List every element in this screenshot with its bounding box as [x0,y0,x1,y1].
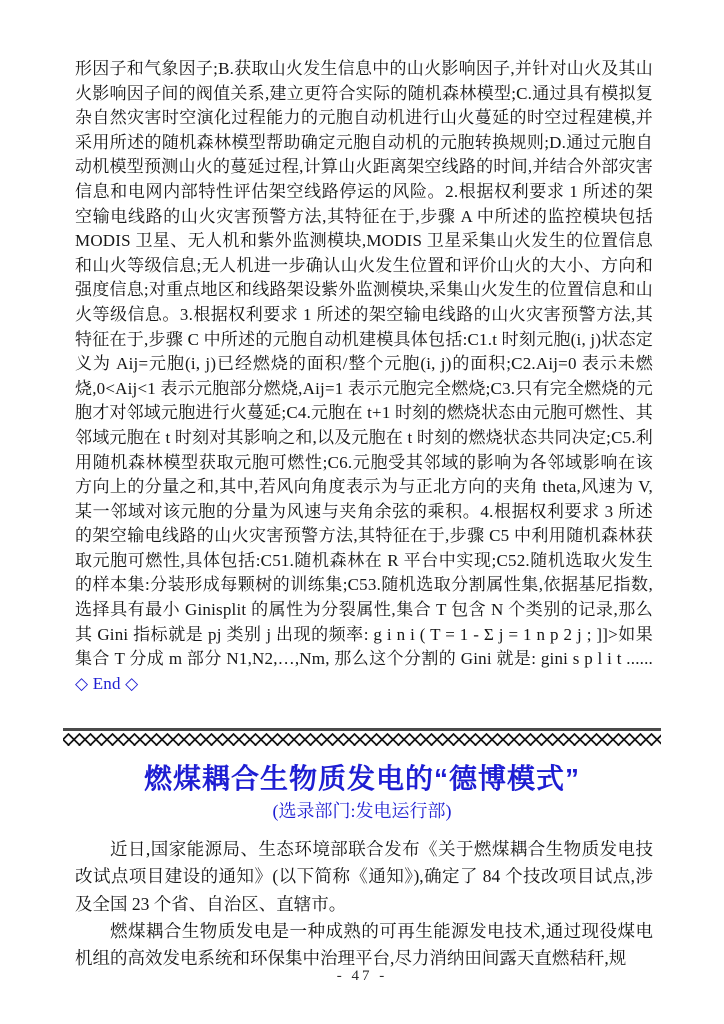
article-subtitle: (选录部门:发电运行部) [0,797,724,823]
document-page: 形因子和气象因子;B.获取山火发生信息中的山火影响因子,并针对山火及其山火影响因… [0,0,724,1024]
claims-paragraph: 形因子和气象因子;B.获取山火发生信息中的山火影响因子,并针对山火及其山火影响因… [75,57,653,696]
article-body: 近日,国家能源局、生态环境部联合发布《关于燃煤耦合生物质发电技改试点项目建设的通… [75,836,653,972]
section-divider [63,728,661,746]
divider-bar [63,728,661,731]
zigzag-border-icon [63,733,661,746]
article-paragraph-2: 燃煤耦合生物质发电是一种成熟的可再生能源发电技术,通过现役煤电机组的高效发电系统… [75,918,653,973]
article-paragraph-1: 近日,国家能源局、生态环境部联合发布《关于燃煤耦合生物质发电技改试点项目建设的通… [75,836,653,918]
article-title: 燃煤耦合生物质发电的“德博模式” [0,757,724,797]
end-marker: ◇ End ◇ [75,674,138,693]
claims-text: 形因子和气象因子;B.获取山火发生信息中的山火影响因子,并针对山火及其山火影响因… [75,59,653,668]
page-number: - 47 - [0,968,724,985]
